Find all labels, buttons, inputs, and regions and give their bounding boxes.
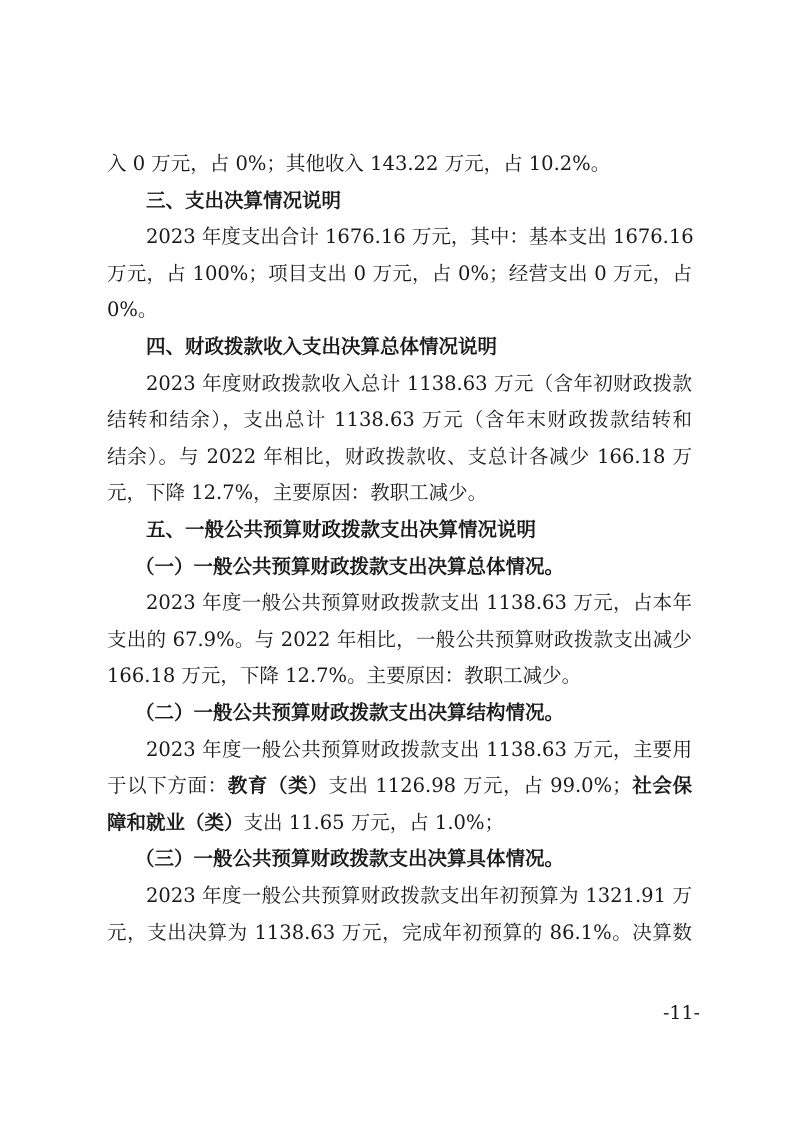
subsection-heading-2: （二）一般公共预算财政拨款支出决算结构情况。 [107, 695, 692, 731]
paragraph-line: 2023 年度财政拨款收入总计 1138.63 万元（含年初财政拨款 [107, 366, 692, 402]
paragraph-line: 0%。 [107, 292, 692, 328]
paragraph-line: 2023 年度一般公共预算财政拨款支出 1138.63 万元，主要用 [107, 732, 692, 768]
bold-category-social: 社会保 [632, 774, 692, 797]
section-heading-5: 五、一般公共预算财政拨款支出决算情况说明 [107, 512, 692, 548]
paragraph-line: 2023 年度支出合计 1676.16 万元，其中：基本支出 1676.16 [107, 219, 692, 255]
paragraph-line: 2023 年度一般公共预算财政拨款支出年初预算为 1321.91 万 [107, 878, 692, 914]
paragraph-line: 元，下降 12.7%，主要原因：教职工减少。 [107, 475, 692, 511]
subsection-heading-3: （三）一般公共预算财政拨款支出决算具体情况。 [107, 841, 692, 877]
paragraph-line: 结余）。与 2022 年相比，财政拨款收、支总计各减少 166.18 万 [107, 439, 692, 475]
paragraph-line: 元，支出决算为 1138.63 万元，完成年初预算的 86.1%。决算数 [107, 915, 692, 951]
bold-category-social-cont: 障和就业（类） [107, 811, 244, 834]
paragraph-line: 入 0 万元，占 0%；其他收入 143.22 万元，占 10.2%。 [107, 146, 692, 182]
paragraph-line: 万元，占 100%；项目支出 0 万元，占 0%；经营支出 0 万元，占 [107, 256, 692, 292]
paragraph-line: 支出的 67.9%。与 2022 年相比，一般公共预算财政拨款支出减少 [107, 622, 692, 658]
paragraph-line: 166.18 万元，下降 12.7%。主要原因：教职工减少。 [107, 658, 692, 694]
section-heading-4: 四、财政拨款收入支出决算总体情况说明 [107, 329, 692, 365]
paragraph-line: 2023 年度一般公共预算财政拨款支出 1138.63 万元，占本年 [107, 585, 692, 621]
section-heading-3: 三、支出决算情况说明 [107, 183, 692, 219]
paragraph-line-mixed: 障和就业（类）支出 11.65 万元，占 1.0%； [107, 805, 692, 841]
paragraph-line: 结转和结余），支出总计 1138.63 万元（含年末财政拨款结转和 [107, 402, 692, 438]
page-number: -11- [640, 1002, 700, 1024]
bold-category-education: 教育（类） [228, 774, 329, 797]
paragraph-line-mixed: 于以下方面：教育（类）支出 1126.98 万元，占 99.0%；社会保 [107, 768, 692, 804]
subsection-heading-1: （一）一般公共预算财政拨款支出决算总体情况。 [107, 549, 692, 585]
